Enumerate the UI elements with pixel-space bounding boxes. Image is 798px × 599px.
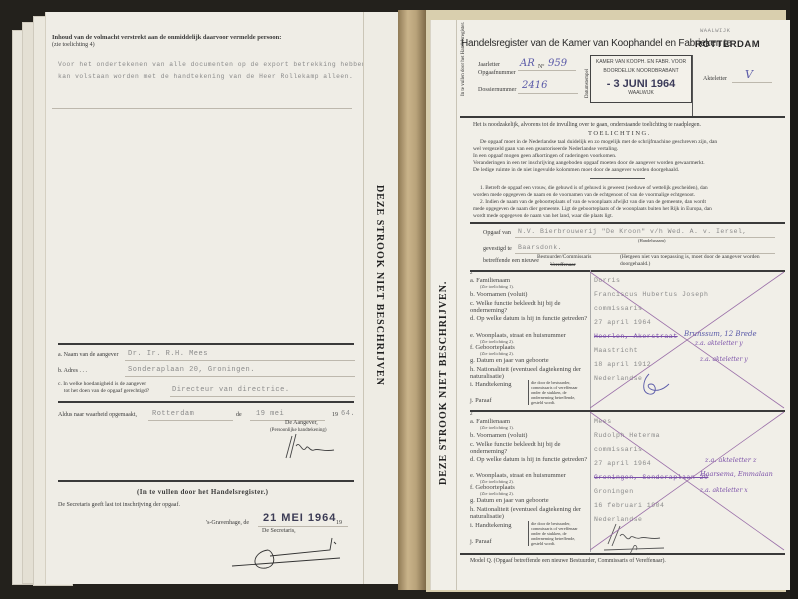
note-line: wordt mede opgegeven de naam van het lan… (473, 213, 613, 219)
declarant-name-label: a. Naam van de aangever (58, 352, 118, 358)
toelichting-line: De opgaaf moet in de Nederlandse taal du… (480, 139, 717, 145)
person2-strike-cross (590, 410, 786, 552)
nr-value: 959 (548, 58, 567, 69)
field-text: Handtekening (475, 522, 511, 529)
opgaaf-van-value: N.V. Bierbrouwerij "De Kroon" v/h Wed. A… (518, 228, 747, 235)
field-text: Nationaliteit (eventueel dagtekening der… (470, 366, 581, 380)
field-label-i: i. Handtekening (470, 522, 512, 529)
section-divider (460, 116, 785, 118)
section-divider (58, 401, 354, 403)
role-note: (Hetgeen niet van toepassing is, moet do… (620, 254, 775, 268)
stamp-place: WAALWIJK (591, 90, 691, 96)
signature-note: die door de bestuurder, commissaris of v… (528, 380, 588, 405)
field-key: f. (470, 484, 474, 491)
year-prefix: 19 (332, 412, 338, 418)
field-text: Welke functie bekleedt hij bij de ondern… (470, 300, 561, 314)
field-text: Paraaf (475, 538, 492, 545)
field-key: c. (470, 300, 475, 307)
declarant-signature-label: De Aangever, (285, 420, 318, 426)
field-label-h: h. Nationaliteit (eventueel dagtekening … (470, 366, 588, 380)
declarant-capacity-value: Directeur van directrice. (172, 386, 290, 394)
note-line: mede opgegeven de naam dier gemeente. Li… (473, 206, 712, 212)
field-label-e: e. Woonplaats, straat en huisnummer (470, 332, 566, 339)
toelichting-line: De ledige ruimte in de niet ingevulde ko… (473, 167, 679, 173)
location-typed: WAALWIJK (700, 27, 730, 34)
stamp-date: - 3 JUNI 1964 (591, 78, 691, 90)
field-label-h: h. Nationaliteit (eventueel dagtekening … (470, 506, 588, 520)
toelichting-heading: TOELICHTING. (588, 130, 651, 137)
note-line: 2. Indien de naam van de geboorteplaats … (480, 199, 706, 205)
note-line: 1. Betreft de opgaaf een vrouw, die gehu… (480, 185, 708, 191)
field-text: Nationaliteit (eventueel dagtekening der… (470, 506, 581, 520)
secretary-instruction: De Secretaris geeft last tot inschrijvin… (58, 502, 180, 508)
toelichting-line: In een opgaaf mogen geen afkortingen of … (473, 153, 616, 159)
field-text: Woonplaats, straat en huisnummer (476, 472, 566, 479)
field-label-g: g. Datum en jaar van geboorte (470, 497, 549, 504)
field-sub-a: (Zie toelichting 1). (480, 284, 514, 289)
margin-rule (456, 20, 457, 590)
registry-side-note: In te vullen door het Handelsregister. (461, 22, 466, 96)
jaarletter-value: AR (520, 58, 535, 69)
field-key: c. (470, 441, 475, 448)
section-number: 2 (470, 271, 473, 276)
field-label-j: j. Paraaf (470, 397, 492, 404)
declaration-date: 19 mei (256, 410, 284, 418)
city-name: ROTTERDAM (695, 39, 760, 50)
field-text: Op welke datum is hij in functie getrede… (477, 315, 588, 322)
proxy-text-line-1: Voor het ondertekenen van alle documente… (58, 61, 375, 68)
scanned-document: Inhoud van de volmacht verstrekt aan de … (0, 0, 798, 599)
field-line (148, 420, 233, 421)
field-label-g: g. Datum en jaar van geboorte (470, 357, 549, 364)
field-text: Welke functie bekleedt hij bij de ondern… (470, 441, 561, 455)
declarant-address-value: Sonderaplaan 20, Groningen. (128, 366, 255, 374)
divider (52, 108, 352, 109)
instruction-intro: Het is noodzakelijk, alvorens tot de inv… (473, 122, 701, 128)
field-text: Geboorteplaats (475, 484, 514, 491)
field-key: h. (470, 506, 475, 513)
field-key: e. (470, 332, 475, 339)
field-key: j. (470, 538, 473, 545)
field-text: Woonplaats, straat en huisnummer (476, 332, 566, 339)
field-text: Handtekening (475, 381, 511, 388)
registry-heading: (In te vullen door het Handelsregister.) (137, 488, 268, 496)
book-spine (398, 10, 426, 590)
field-label-d: d. Op welke datum is hij in functie getr… (470, 315, 588, 322)
registry-year: 19 (336, 520, 342, 526)
proxy-note: (zie toelichting 4) (52, 42, 95, 48)
role-option-2: Vereffenaar (550, 262, 576, 268)
field-key: i. (470, 381, 473, 388)
field-label-a: a. Familienaam (470, 418, 510, 425)
divider (590, 178, 645, 179)
field-text: Op welke datum is hij in functie getrede… (477, 456, 588, 463)
akteletter-label: Akteletter (703, 76, 727, 82)
field-text: Paraaf (475, 397, 492, 404)
declarant-address-label: b. Adres . . . (58, 368, 87, 374)
stamp-line-1: KAMER VAN KOOPH. EN FABR. VOOR (591, 59, 691, 65)
opgaaf-van-label: Opgaaf van (483, 230, 511, 236)
field-key: d. (470, 456, 475, 463)
field-label-c: c. Welke functie bekleedt hij bij de ond… (470, 300, 588, 314)
field-line (170, 396, 355, 397)
date-stamp: KAMER VAN KOOPH. EN FABR. VOOR BOORDELIJ… (590, 55, 692, 103)
toelichting-line: wel vergezeld gaan van een geautoriseerd… (473, 146, 618, 152)
field-key: g. (470, 497, 475, 504)
left-page (45, 12, 363, 584)
dossier-value: 2416 (522, 80, 547, 91)
note-line: worden mede opgegeven de naam en de voor… (473, 192, 695, 198)
role-option-1: Bestuurder/Commissaris (537, 254, 591, 260)
signature-note: die door de bestuurder, commissaris of v… (528, 521, 588, 546)
field-text: Datum en jaar van geboorte (477, 357, 549, 364)
field-key: d. (470, 315, 475, 322)
field-line (125, 376, 355, 377)
declarant-capacity-label-1: c. In welke hoedanigheid is de aangever (58, 381, 146, 387)
betreffende-label: betreffende een nieuwe (483, 258, 539, 264)
field-text: Familienaam (476, 277, 510, 284)
field-key: h. (470, 366, 475, 373)
field-key: g. (470, 357, 475, 364)
field-text: Voornamen (voluit) (476, 432, 527, 439)
field-label-e: e. Woonplaats, straat en huisnummer (470, 472, 566, 479)
field-key: b. (470, 432, 475, 439)
field-line (125, 360, 355, 361)
field-line (518, 70, 576, 71)
section-divider (460, 553, 785, 555)
field-text: Voornamen (voluit) (476, 291, 527, 298)
field-label-a: a. Familienaam (470, 277, 510, 284)
handelsnaam-label: (Handelsnaam) (638, 238, 666, 243)
section-divider (470, 222, 785, 224)
field-line (732, 82, 772, 83)
secretary-signature (230, 530, 350, 570)
truth-statement: Aldus naar waarheid opgemaakt, (58, 412, 137, 418)
field-key: e. (470, 472, 475, 479)
field-label-c: c. Welke functie bekleedt hij bij de ond… (470, 441, 588, 455)
field-key: a. (470, 277, 475, 284)
declaration-place: Rotterdam (152, 410, 194, 418)
section-divider (58, 480, 354, 482)
toelichting-line: Veranderingen in een ter inschrijving aa… (473, 160, 705, 166)
field-key: b. (470, 291, 475, 298)
right-strip-notice: DEZE STROOK NIET BESCHRIJVEN. (438, 281, 449, 485)
opgaafnummer-label: Opgaafnummer (478, 70, 516, 76)
field-label-f: f. Geboorteplaats (470, 484, 515, 491)
scan-edge (790, 0, 798, 599)
proxy-heading: Inhoud van de volmacht verstrekt aan de … (52, 34, 281, 41)
person1-strike-cross (590, 270, 786, 410)
field-line (258, 526, 348, 527)
section-divider (58, 343, 354, 345)
akteletter-value: V (745, 68, 753, 81)
proxy-text-line-2: kan volstaan worden met de handtekening … (58, 73, 353, 80)
field-key: f. (470, 344, 474, 351)
gevestigd-label: gevestigd te (483, 246, 512, 252)
section-number: 2 (470, 412, 473, 417)
dossier-label: Dossiernummer (478, 87, 516, 93)
declarant-signature (280, 430, 340, 460)
field-label-f: f. Geboorteplaats (470, 344, 515, 351)
field-key: j. (470, 397, 473, 404)
field-text: Datum en jaar van geboorte (477, 497, 549, 504)
field-label-j: j. Paraaf (470, 538, 492, 545)
field-text: Familienaam (476, 418, 510, 425)
stamp-line-2: BOORDELIJK NOORDBRABANT (591, 68, 691, 74)
field-label-i: i. Handtekening (470, 381, 512, 388)
gevestigd-value: Baarsdonk. (518, 244, 562, 251)
date-prefix: de (236, 412, 242, 418)
jaarletter-label: Jaarletter (478, 62, 500, 68)
field-key: i. (470, 522, 473, 529)
field-sub-f: (Zie toelichting 2). (480, 351, 514, 356)
form-footer: Model Q. (Opgaaf betreffende een nieuwe … (470, 558, 666, 564)
divider (692, 55, 693, 117)
field-sub-f: (Zie toelichting 2). (480, 491, 514, 496)
field-key: a. (470, 418, 475, 425)
form-title: Handelsregister van de Kamer van Koophan… (461, 38, 732, 49)
field-label-b: b. Voornamen (voluit) (470, 291, 527, 298)
field-label-d: d. Op welke datum is hij in functie getr… (470, 456, 588, 463)
registry-date-stamp: 21 MEI 1964 (263, 512, 336, 524)
field-sub-a: (Zie toelichting 1). (480, 425, 514, 430)
left-strip-notice: DEZE STROOK NIET BESCHRIJVEN (374, 185, 385, 386)
field-label-b: b. Voornamen (voluit) (470, 432, 527, 439)
registry-place: 's-Gravenhage, de (206, 520, 249, 526)
field-line (518, 93, 578, 94)
field-text: Geboorteplaats (475, 344, 514, 351)
declaration-year: 64. (341, 410, 355, 418)
declarant-capacity-label-2: tot het doen van de opgaaf gerechtigd? (64, 388, 149, 394)
declarant-name-value: Dr. Ir. R.H. Mees (128, 350, 208, 358)
